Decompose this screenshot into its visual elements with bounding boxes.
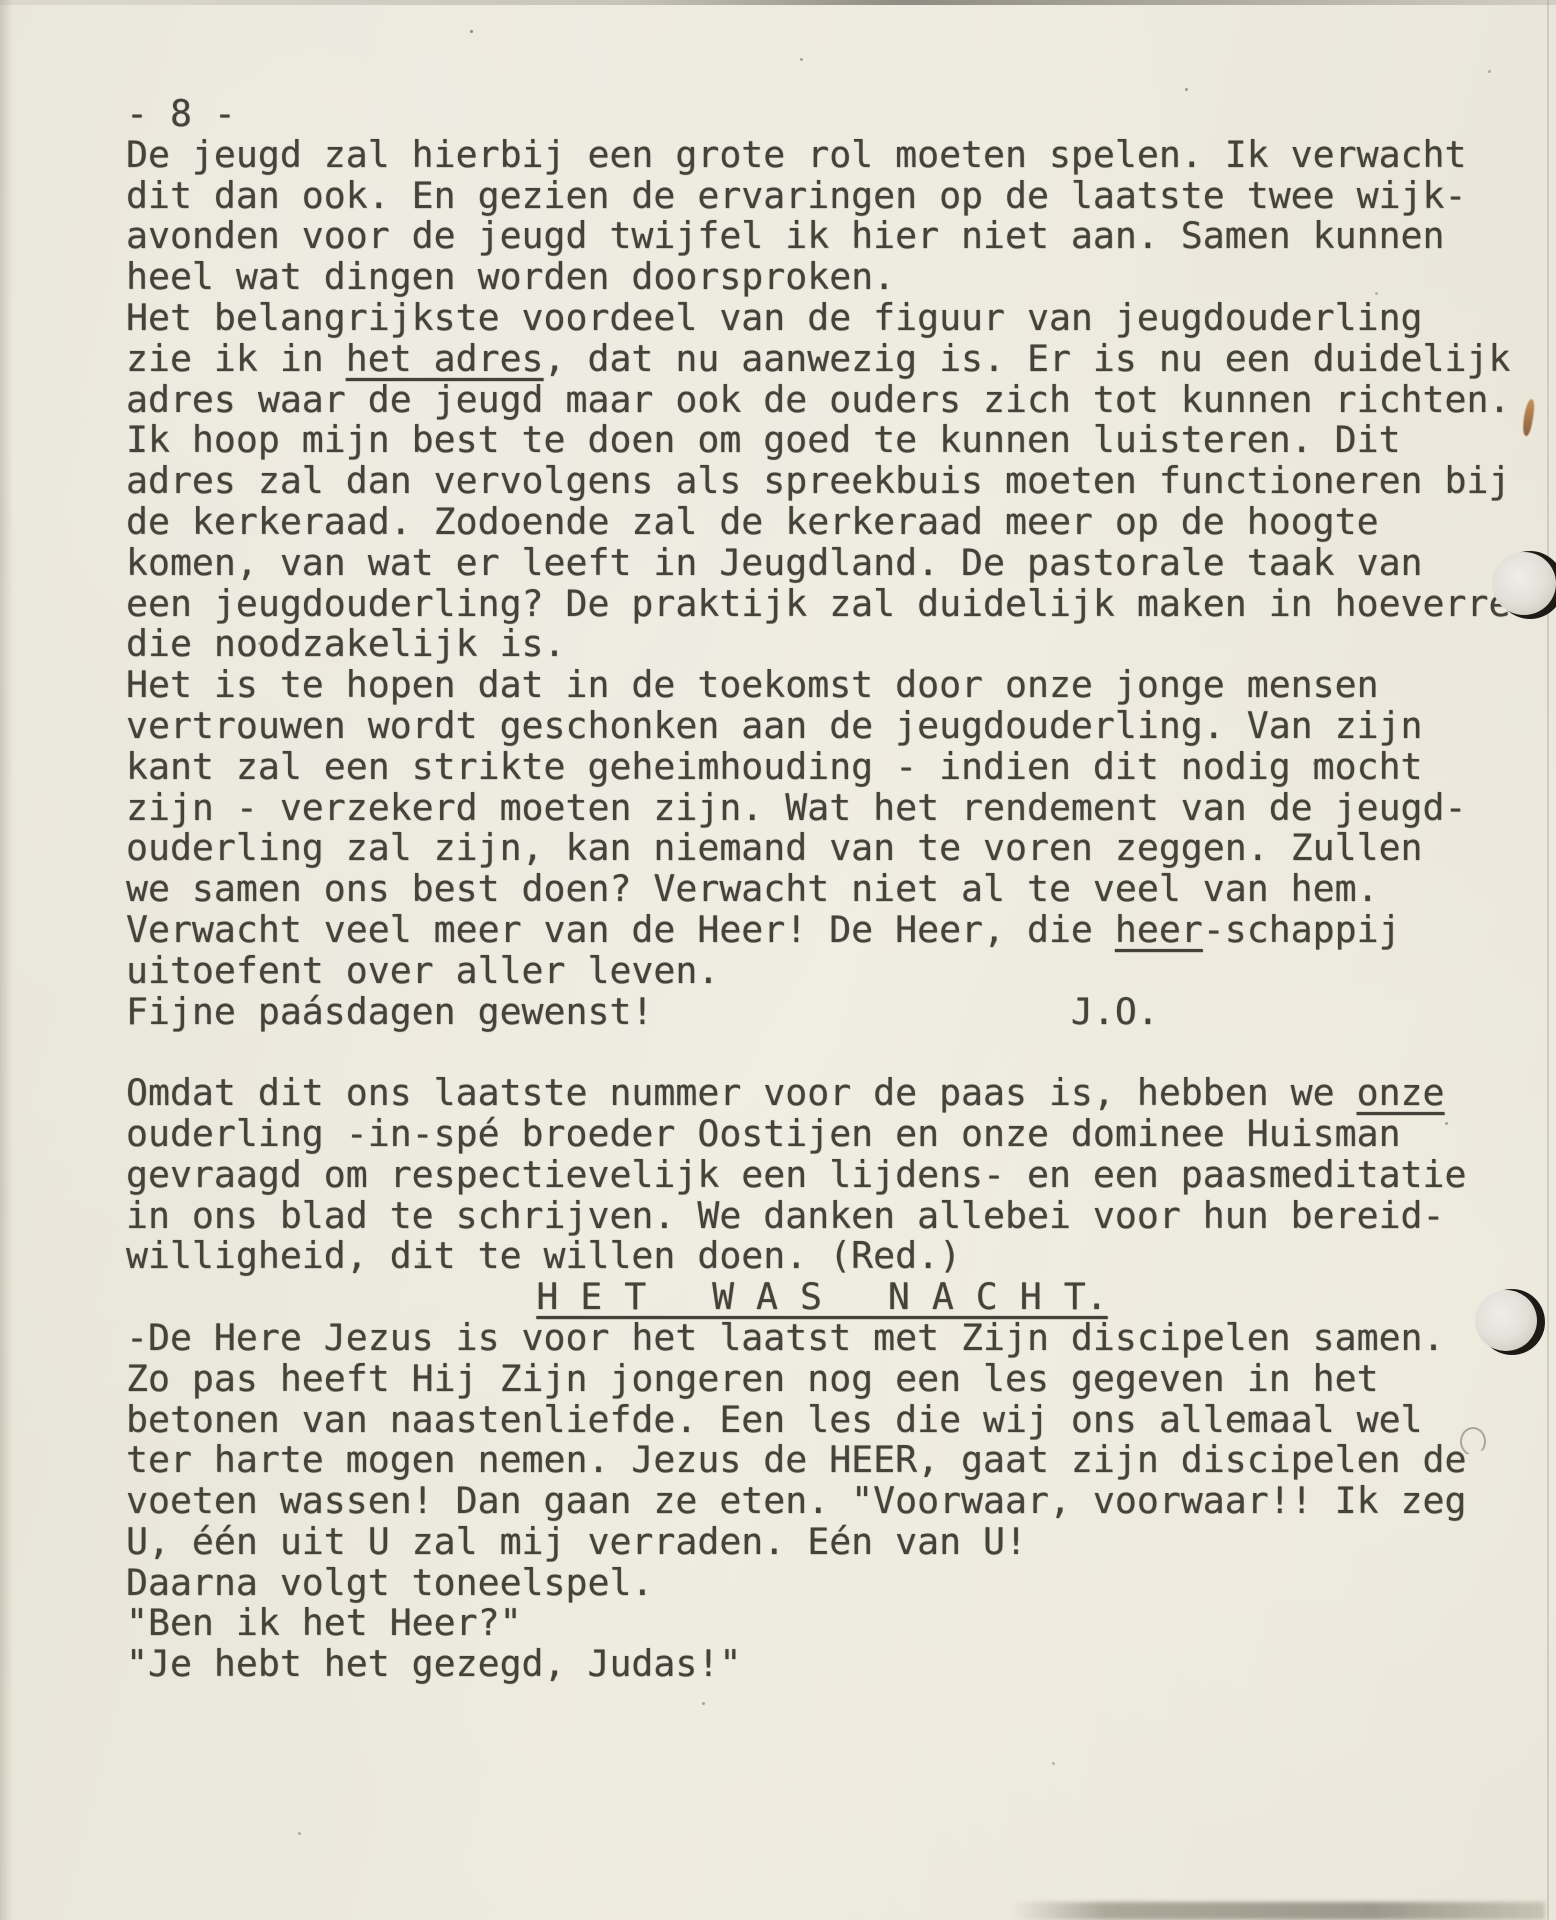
text-segment: "Je hebt het gezegd, Judas!" — [126, 1642, 741, 1685]
text-segment: willigheid, dit te willen doen. (Red.) — [126, 1234, 961, 1277]
text-line: dit dan ook. En gezien de ervaringen op … — [126, 176, 1518, 217]
text-segment: -schappij — [1203, 908, 1401, 951]
paper-top-edge-shadow — [0, 0, 1556, 5]
punch-hole-top-paper — [1492, 552, 1556, 615]
text-line: Het is te hopen dat in de toekomst door … — [126, 665, 1518, 706]
text-segment: zie ik in — [126, 337, 346, 380]
text-line: Zo pas heeft Hij Zijn jongeren nog een l… — [126, 1359, 1518, 1400]
text-segment: vertrouwen wordt geschonken aan de jeugd… — [126, 704, 1423, 747]
text-segment: ouderling zal zijn, kan niemand van te v… — [126, 826, 1423, 869]
text-segment: Ik hoop mijn best te doen om goed te kun… — [126, 418, 1401, 461]
text-segment: gevraagd om respectievelijk een lijdens-… — [126, 1153, 1466, 1196]
text-segment: Daarna volgt toneelspel. — [126, 1561, 653, 1604]
text-segment: avonden voor de jeugd twijfel ik hier ni… — [126, 214, 1445, 257]
paper-right-edge-line — [1547, 0, 1549, 1920]
punch-hole-bottom-paper — [1475, 1290, 1537, 1351]
text-segment: komen, van wat er leeft in Jeugdland. De… — [126, 541, 1423, 584]
text-line: adres zal dan vervolgens als spreekbuis … — [126, 461, 1518, 502]
text-line: zie ik in het adres, dat nu aanwezig is.… — [126, 339, 1518, 380]
text-line: komen, van wat er leeft in Jeugdland. De… — [126, 543, 1518, 584]
text-line: willigheid, dit te willen doen. (Red.) — [126, 1236, 1518, 1277]
text-segment: -De Here Jezus is voor het laatst met Zi… — [126, 1316, 1445, 1359]
text-line: uitoefent over aller leven. — [126, 951, 1518, 992]
rust-stain-artifact — [1521, 398, 1536, 436]
text-segment: kant zal een strikte geheimhouding - ind… — [126, 745, 1423, 788]
section-heading: H E T W A S N A C H T. — [126, 1277, 1518, 1318]
text-line: we samen ons best doen? Verwacht niet al… — [126, 869, 1518, 910]
text-line: -De Here Jezus is voor het laatst met Zi… — [126, 1318, 1518, 1359]
text-line: heel wat dingen worden doorsproken. — [126, 257, 1518, 298]
text-segment: Verwacht veel meer van de Heer! De Heer,… — [126, 908, 1115, 951]
text-line: ouderling -in-spé broeder Oostijen en on… — [126, 1114, 1518, 1155]
typed-text-block: - 8 -De jeugd zal hierbij een grote rol … — [126, 94, 1518, 1685]
text-segment: adres zal dan vervolgens als spreekbuis … — [126, 459, 1510, 502]
text-line — [126, 1032, 1518, 1073]
underlined-text: H E T W A S N A C H T. — [536, 1275, 1107, 1318]
text-line: ter harte mogen nemen. Jezus de HEER, ga… — [126, 1440, 1518, 1481]
text-segment: zijn - verzekerd moeten zijn. Wat het re… — [126, 786, 1466, 829]
text-segment: ter harte mogen nemen. Jezus de HEER, ga… — [126, 1438, 1466, 1481]
bottom-edge-shadow — [1010, 1902, 1545, 1920]
text-segment: Het belangrijkste voordeel van de figuur… — [126, 296, 1423, 339]
text-segment: die noodzakelijk is. — [126, 622, 566, 665]
text-segment: een jeugdouderling? De praktijk zal duid… — [126, 582, 1510, 625]
text-line: vertrouwen wordt geschonken aan de jeugd… — [126, 706, 1518, 747]
text-segment: - 8 - — [126, 92, 236, 135]
text-segment: "Ben ik het Heer?" — [126, 1601, 522, 1644]
text-segment: De jeugd zal hierbij een grote rol moete… — [126, 133, 1466, 176]
text-line: die noodzakelijk is. — [126, 624, 1518, 665]
text-line: de kerkeraad. Zodoende zal de kerkeraad … — [126, 502, 1518, 543]
scanned-page: - 8 -De jeugd zal hierbij een grote rol … — [0, 0, 1556, 1920]
text-segment: Fijne paásdagen gewenst! J.O. — [126, 990, 1159, 1033]
text-segment: voeten wassen! Dan gaan ze eten. "Voorwa… — [126, 1479, 1466, 1522]
text-line: Verwacht veel meer van de Heer! De Heer,… — [126, 910, 1518, 951]
text-segment: Het is te hopen dat in de toekomst door … — [126, 663, 1379, 706]
text-line: zijn - verzekerd moeten zijn. Wat het re… — [126, 788, 1518, 829]
text-line: Omdat dit ons laatste nummer voor de paa… — [126, 1073, 1518, 1114]
text-line: avonden voor de jeugd twijfel ik hier ni… — [126, 216, 1518, 257]
text-segment: U, één uit U zal mij verraden. Eén van U… — [126, 1520, 1027, 1563]
punch-hole-bottom — [1479, 1289, 1545, 1355]
text-segment: Omdat dit ons laatste nummer voor de paa… — [126, 1071, 1357, 1114]
text-segment: heel wat dingen worden doorsproken. — [126, 255, 895, 298]
text-line: een jeugdouderling? De praktijk zal duid… — [126, 584, 1518, 625]
text-line: "Ben ik het Heer?" — [126, 1603, 1518, 1644]
scan-speckle-noise — [470, 30, 473, 33]
text-line: gevraagd om respectievelijk een lijdens-… — [126, 1155, 1518, 1196]
text-line: U, één uit U zal mij verraden. Eén van U… — [126, 1522, 1518, 1563]
punch-hole-top — [1496, 551, 1556, 619]
underlined-text: heer — [1115, 908, 1203, 951]
text-line: De jeugd zal hierbij een grote rol moete… — [126, 135, 1518, 176]
text-segment: de kerkeraad. Zodoende zal de kerkeraad … — [126, 500, 1379, 543]
text-segment: dit dan ook. En gezien de ervaringen op … — [126, 174, 1466, 217]
text-segment: Zo pas heeft Hij Zijn jongeren nog een l… — [126, 1357, 1379, 1400]
text-line: in ons blad te schrijven. We danken alle… — [126, 1196, 1518, 1237]
text-line: ouderling zal zijn, kan niemand van te v… — [126, 828, 1518, 869]
text-line: Het belangrijkste voordeel van de figuur… — [126, 298, 1518, 339]
text-line: "Je hebt het gezegd, Judas!" — [126, 1644, 1518, 1685]
text-segment: in ons blad te schrijven. We danken alle… — [126, 1194, 1445, 1237]
text-line: Daarna volgt toneelspel. — [126, 1563, 1518, 1604]
text-line: betonen van naastenliefde. Een les die w… — [126, 1400, 1518, 1441]
underlined-text: onze — [1357, 1071, 1445, 1114]
text-segment: uitoefent over aller leven. — [126, 949, 719, 992]
underlined-text: het adres — [346, 337, 544, 380]
text-segment: adres waar de jeugd maar ook de ouders z… — [126, 378, 1510, 421]
closing-line-with-byline: Fijne paásdagen gewenst! J.O. — [126, 992, 1518, 1033]
paper-left-edge-shadow — [0, 0, 13, 1920]
text-line: Ik hoop mijn best te doen om goed te kun… — [126, 420, 1518, 461]
text-segment: betonen van naastenliefde. Een les die w… — [126, 1398, 1423, 1441]
text-segment: ouderling -in-spé broeder Oostijen en on… — [126, 1112, 1401, 1155]
text-line: kant zal een strikte geheimhouding - ind… — [126, 747, 1518, 788]
text-line: adres waar de jeugd maar ook de ouders z… — [126, 380, 1518, 421]
text-segment: , dat nu aanwezig is. Er is nu een duide… — [544, 337, 1511, 380]
page-number: - 8 - — [126, 94, 1518, 135]
text-line: voeten wassen! Dan gaan ze eten. "Voorwa… — [126, 1481, 1518, 1522]
text-segment: we samen ons best doen? Verwacht niet al… — [126, 867, 1379, 910]
